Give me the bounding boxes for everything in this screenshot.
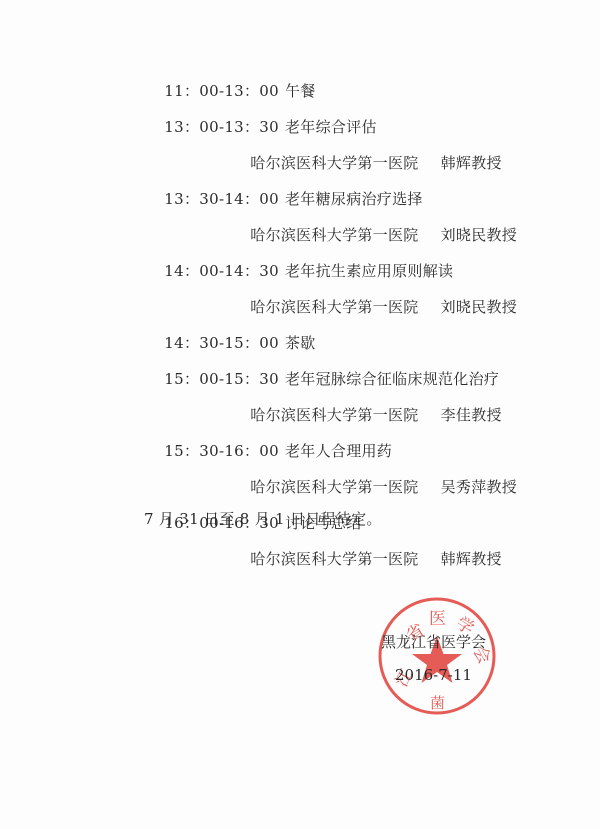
- svg-text:菌: 菌: [430, 694, 445, 712]
- institution: 哈尔滨医科大学第一医院: [250, 226, 418, 244]
- speaker: 吴秀萍教授: [441, 478, 518, 496]
- schedule-title: 茶歇: [285, 334, 316, 352]
- institution: 哈尔滨医科大学第一医院: [250, 478, 418, 496]
- schedule-speaker-line: 哈尔滨医科大学第一医院韩辉教授: [230, 532, 502, 586]
- institution: 哈尔滨医科大学第一医院: [250, 298, 418, 316]
- official-seal-icon: 江 省 医 学 会 菌: [377, 596, 497, 716]
- institution: 哈尔滨医科大学第一医院: [250, 406, 418, 424]
- schedule-time: 15：30-16：00: [164, 442, 279, 460]
- schedule-time: 14：00-14：30: [164, 262, 279, 280]
- schedule-title: 老年人合理用药: [285, 442, 392, 460]
- document-page: 11：00-13：00午餐 13：00-13：30老年综合评估 哈尔滨医科大学第…: [0, 0, 600, 829]
- schedule-title: 老年抗生素应用原则解读: [285, 262, 453, 280]
- schedule-title: 老年综合评估: [285, 118, 377, 136]
- speaker: 刘晓民教授: [441, 226, 518, 244]
- schedule-time: 11：00-13：00: [164, 82, 279, 100]
- institution: 哈尔滨医科大学第一医院: [250, 550, 418, 568]
- schedule-title: 老年糖尿病治疗选择: [285, 190, 423, 208]
- speaker: 刘晓民教授: [441, 298, 518, 316]
- schedule-note: 7 月 31 日至 8 月 1 日日程待定。: [144, 510, 382, 528]
- speaker: 韩辉教授: [441, 154, 502, 172]
- schedule-time: 14：30-15：00: [164, 334, 279, 352]
- signature-organization: 黑龙江省医学会: [381, 633, 486, 651]
- speaker: 韩辉教授: [441, 550, 502, 568]
- schedule-title: 老年冠脉综合征临床规范化治疗: [285, 370, 499, 388]
- svg-text:医: 医: [429, 609, 446, 629]
- schedule-title: 午餐: [285, 82, 316, 100]
- signature-date: 2016-7-11: [395, 666, 472, 684]
- institution: 哈尔滨医科大学第一医院: [250, 154, 418, 172]
- schedule-time: 13：00-13：30: [164, 118, 279, 136]
- schedule-time: 15：00-15：30: [164, 370, 279, 388]
- speaker: 李佳教授: [441, 406, 502, 424]
- schedule-time: 13：30-14：00: [164, 190, 279, 208]
